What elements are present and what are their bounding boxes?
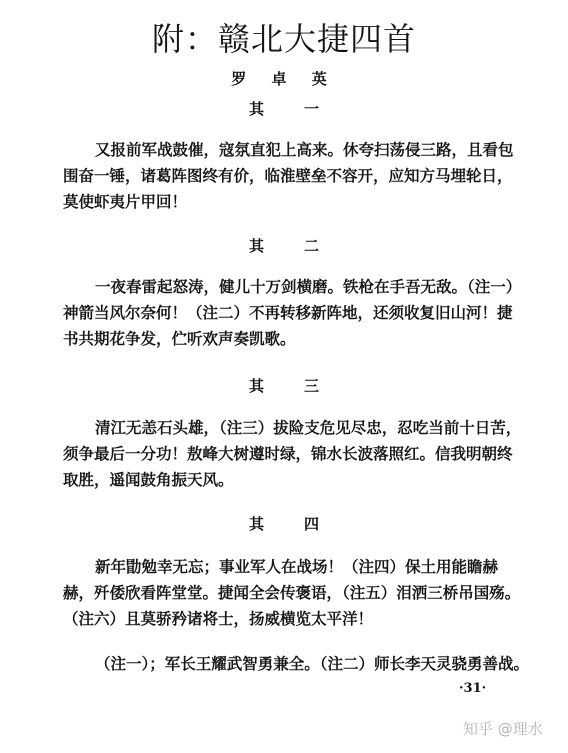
page-number: ·31· [459, 681, 486, 696]
poem-heading-4: 其四 [0, 513, 568, 534]
poem-text-1: 又报前军战鼓催，寇氛直犯上高来。休夸扫荡侵三路，且看包围奋一锤，诸葛阵图终有价，… [63, 137, 523, 215]
poem-text-2: 一夜春雷起怒涛，健儿十万剑横磨。铁枪在手吾无敌。（注一）神箭当风尔奈何！（注二）… [63, 274, 523, 352]
author-name: 罗 卓 英 [0, 68, 568, 89]
footnote: （注一）；军长王耀武智勇兼全。（注二）师长李天灵骁勇善战。 [95, 652, 535, 674]
poem-heading-1: 其一 [0, 98, 568, 119]
page-title: 附：赣北大捷四首 [0, 14, 568, 60]
watermark: 知乎 @理水 [463, 718, 543, 739]
poem-text-3: 清江无恙石头雄，（注三）拔险支危见尽忠，忍吃当前十日苦，须争最后一分功！敖峰大树… [63, 415, 523, 493]
poem-heading-2: 其二 [0, 235, 568, 256]
poem-text-4: 新年勖勉幸无忘；事业军人在战场！（注四）保土用能瞻赫赫，歼倭欣看阵堂堂。捷闻全会… [63, 554, 523, 632]
poem-heading-3: 其三 [0, 375, 568, 396]
